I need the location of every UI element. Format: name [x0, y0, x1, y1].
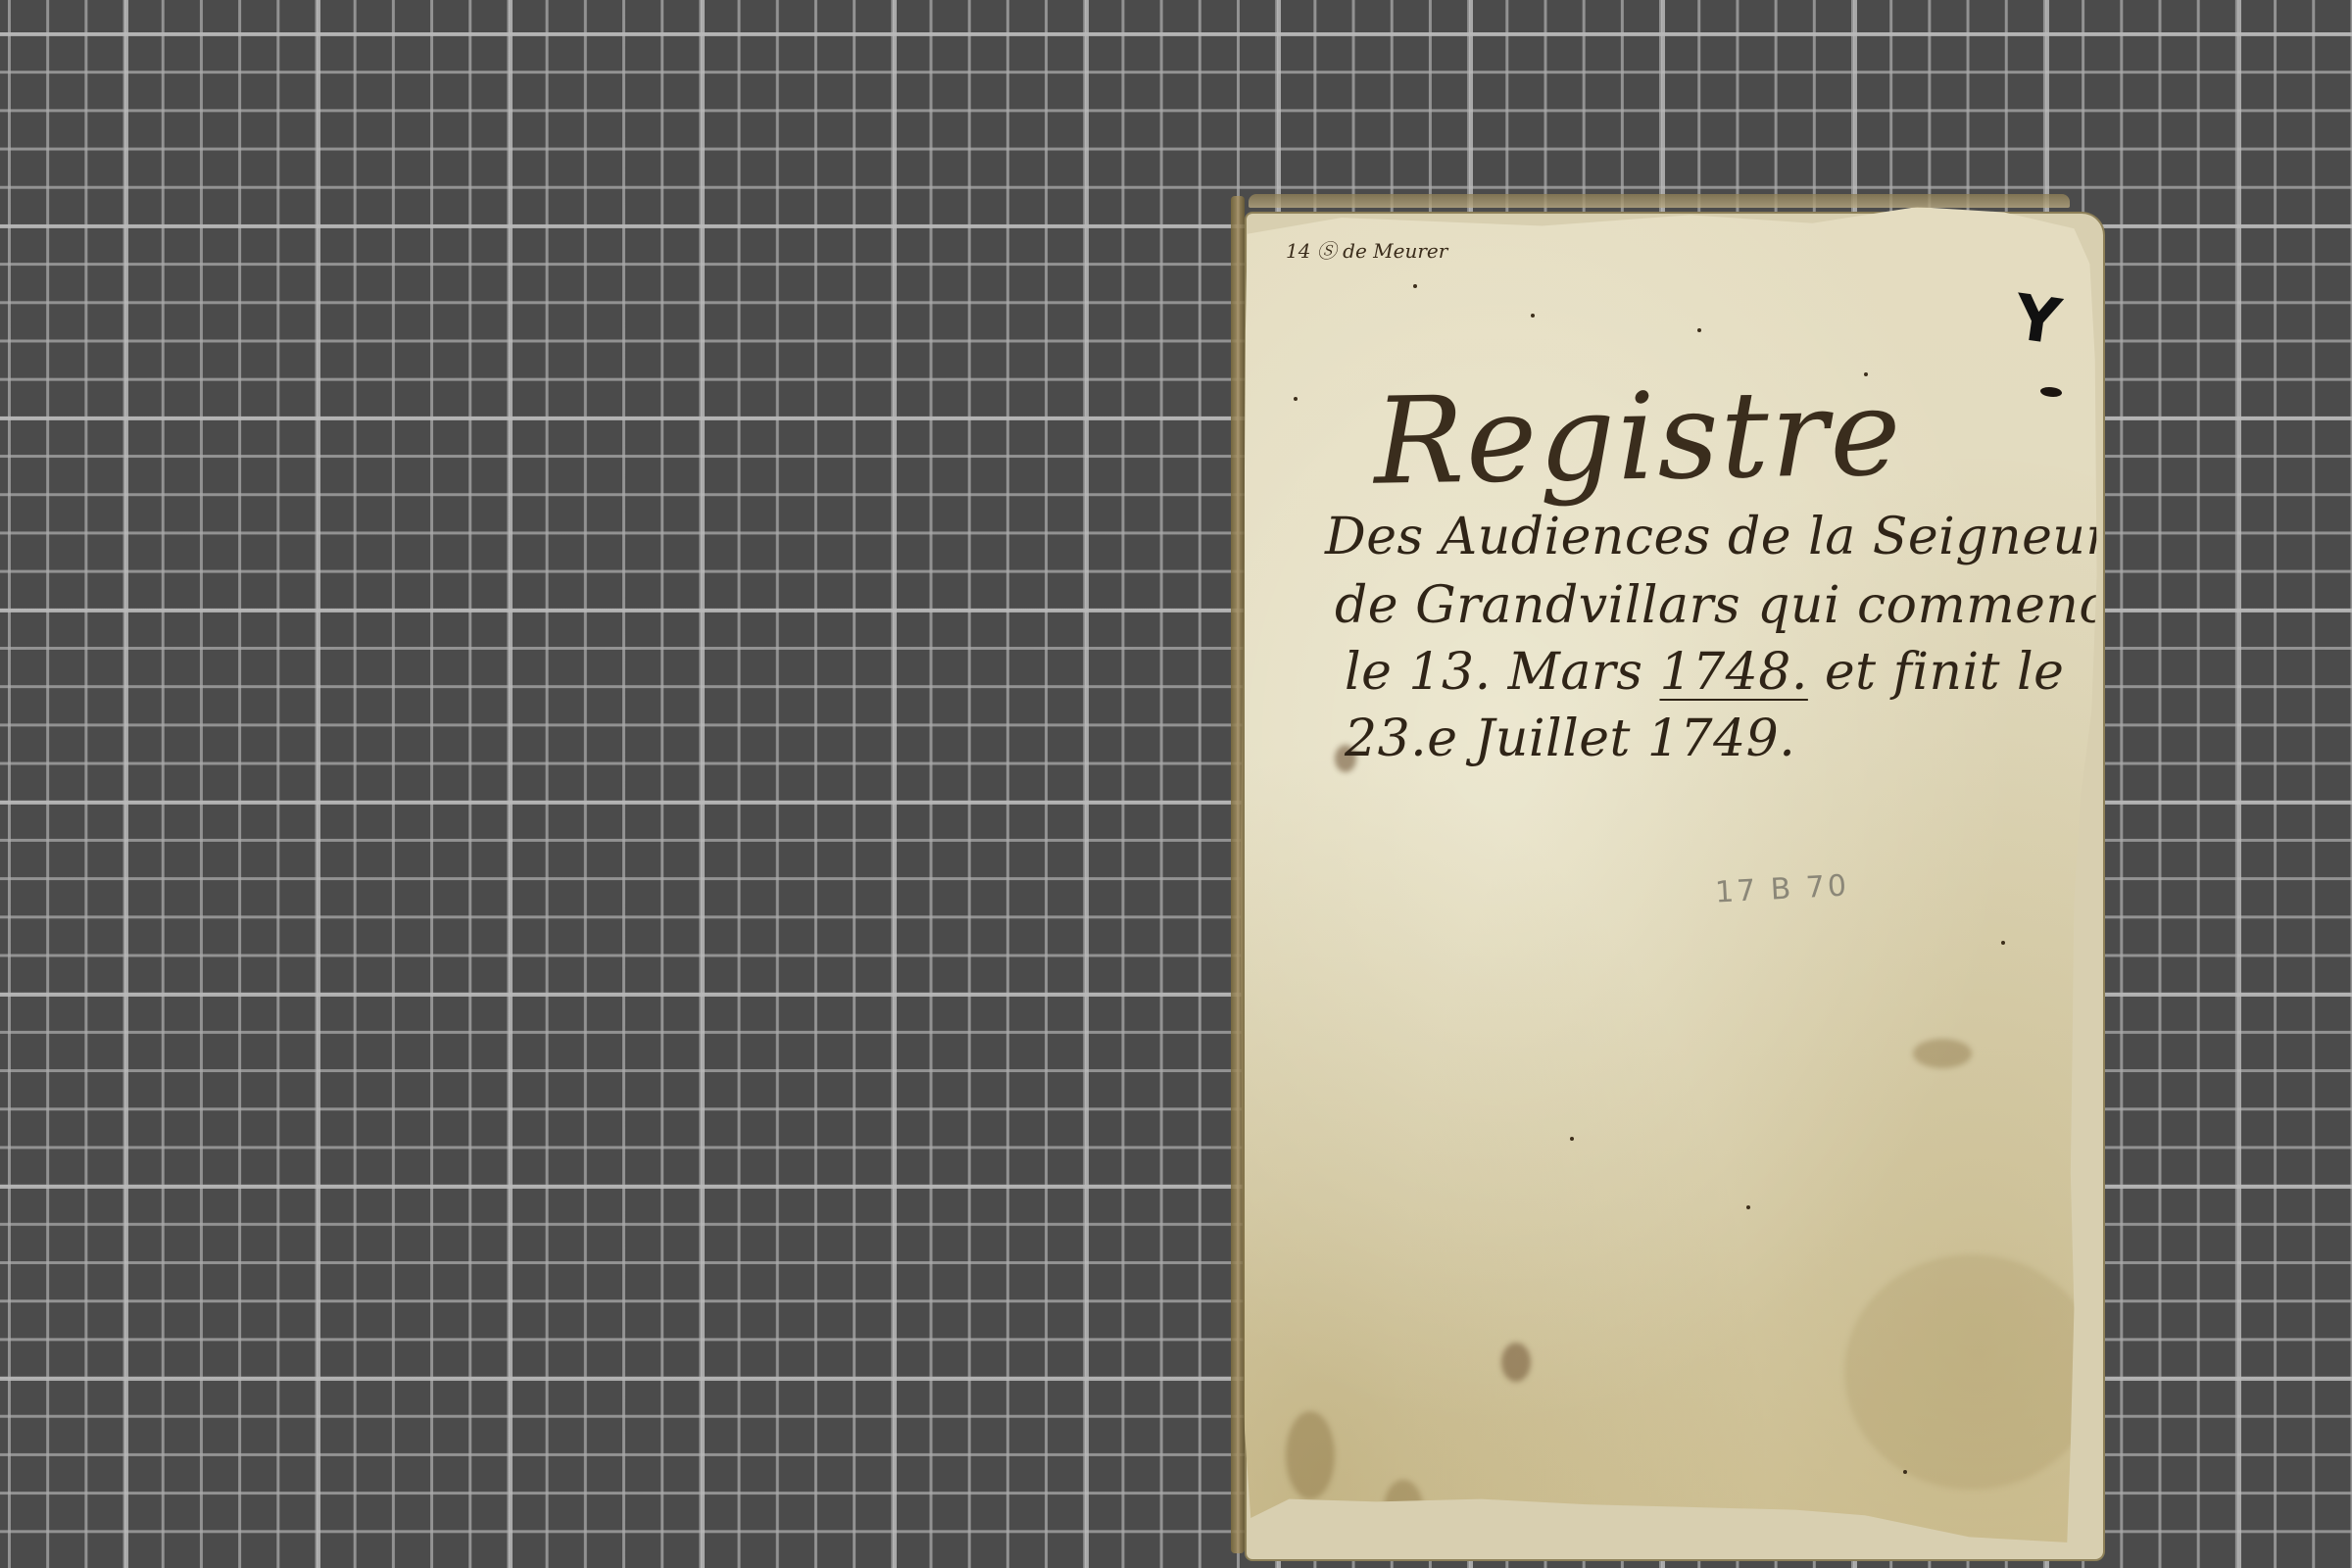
title-line-4: 23.e Juillet 1749.: [1345, 710, 1795, 768]
register-title: Registre: [1373, 363, 1904, 511]
water-stain: [1913, 1039, 1972, 1068]
speck: [1746, 1205, 1750, 1209]
top-annotation: 14 Ⓢ de Meurer: [1286, 235, 1447, 264]
title-line-3: le 13. Mars 1748. et finit le: [1345, 643, 2064, 702]
ink-blot: [2040, 387, 2062, 397]
binding-spine: [1231, 196, 1245, 1553]
speck: [2001, 941, 2005, 945]
speck: [1903, 1470, 1907, 1474]
start-year: 1748.: [1659, 643, 1807, 702]
water-stain: [1286, 1411, 1335, 1499]
speck: [1413, 284, 1417, 288]
corner-ink-mark: Y: [2010, 281, 2065, 360]
ink-spot: [1501, 1343, 1531, 1382]
speck: [1697, 328, 1701, 332]
speck: [1531, 314, 1535, 318]
speck: [1294, 397, 1298, 401]
title-line-2: de Grandvillars qui commence: [1335, 576, 2138, 635]
water-stain: [1844, 1254, 2099, 1490]
manuscript-register: 14 Ⓢ de Meurer Registre Des Audiences de…: [1237, 196, 2109, 1553]
pencil-shelfmark: 17 B 70: [1714, 868, 1850, 909]
cover-page: 14 Ⓢ de Meurer Registre Des Audiences de…: [1237, 196, 2109, 1553]
line-3-start: le 13. Mars: [1345, 643, 1659, 702]
title-line-1: Des Audiences de la Seigneurie: [1325, 508, 2158, 566]
worn-top-edge: [1249, 194, 2070, 208]
line-3-end: et finit le: [1808, 643, 2065, 702]
speck: [1570, 1137, 1574, 1141]
